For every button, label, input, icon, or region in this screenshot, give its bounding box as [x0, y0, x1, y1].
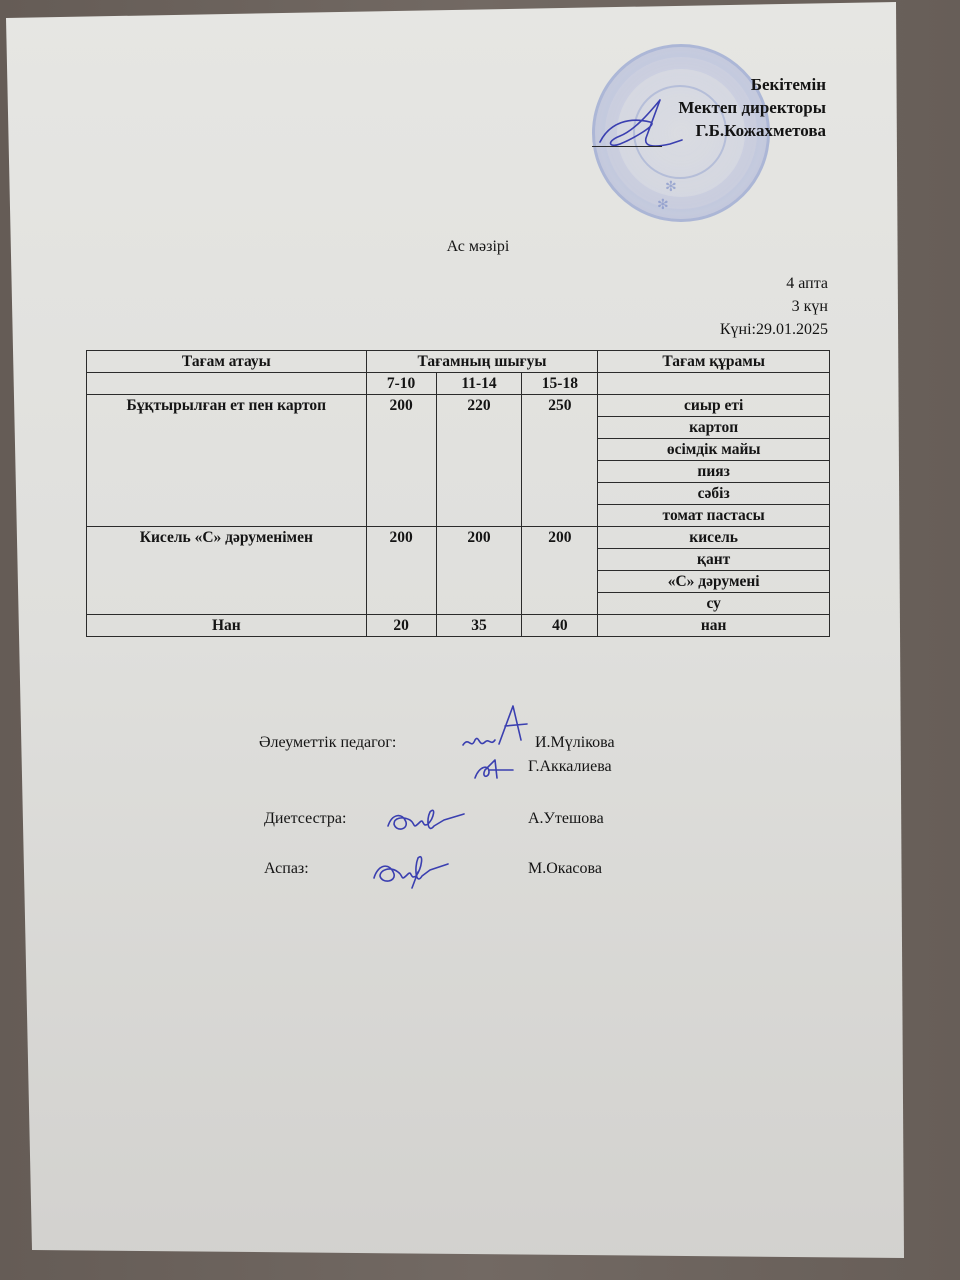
dish-name-cell: Бұқтырылған ет пен картоп [87, 395, 367, 527]
ingredient-cell: нан [598, 615, 830, 637]
menu-table: Тағам атауы Тағамның шығуы Тағам құрамы … [86, 350, 830, 637]
portion-cell: 200 [366, 527, 436, 615]
day-label: 3 күн [720, 295, 828, 318]
approval-block: Бекітемін Мектеп директоры Г.Б.Кожахмето… [678, 73, 826, 142]
ingredient-cell: сиыр еті [598, 395, 830, 417]
header-output: Тағамның шығуы [366, 351, 598, 373]
ingredient-cell: сәбіз [598, 483, 830, 505]
ingredient-cell: пияз [598, 461, 830, 483]
social-pedagogue-label: Әлеуметтік педагог: [259, 734, 396, 752]
ingredient-cell: картоп [598, 417, 830, 439]
portion-cell: 40 [522, 615, 598, 637]
header-composition: Тағам құрамы [598, 351, 830, 373]
stamp-star-icon: ✻ [657, 197, 669, 213]
table-header-row: Тағам атауы Тағамның шығуы Тағам құрамы [87, 351, 830, 373]
dish-name-cell: Нан [87, 615, 367, 637]
social-pedagogue-name-1: И.Мүлікова [535, 734, 615, 752]
header-age-group: 15-18 [522, 373, 598, 395]
cook-label: Аспаз: [264, 860, 309, 878]
table-row: Бұқтырылған ет пен картоп200220250сиыр е… [87, 395, 830, 417]
dietitian-label: Диетсестра: [264, 810, 346, 828]
dietitian-name: А.Утешова [528, 810, 604, 828]
document-meta: 4 апта 3 күн Күні:29.01.2025 [720, 272, 828, 341]
portion-cell: 20 [366, 615, 436, 637]
ingredient-cell: кисель [598, 527, 830, 549]
table-subheader-row: 7-10 11-14 15-18 [87, 373, 830, 395]
header-age-group: 7-10 [366, 373, 436, 395]
header-empty-cell [87, 373, 367, 395]
portion-cell: 220 [436, 395, 522, 527]
approval-title: Бекітемін [678, 73, 826, 96]
ingredient-cell: өсімдік майы [598, 439, 830, 461]
document-title: Ас мәзірі [0, 238, 960, 256]
date-label: Күні:29.01.2025 [720, 318, 828, 341]
signature-line [592, 146, 662, 147]
social-pedagogue-name-2: Г.Аккалиева [528, 758, 612, 776]
header-dish-name: Тағам атауы [87, 351, 367, 373]
table-row: Нан203540нан [87, 615, 830, 637]
portion-cell: 35 [436, 615, 522, 637]
portion-cell: 200 [522, 527, 598, 615]
ingredient-cell: «С» дәрумені [598, 571, 830, 593]
cook-name: М.Окасова [528, 860, 602, 878]
approver-position: Мектеп директоры [678, 96, 826, 119]
portion-cell: 250 [522, 395, 598, 527]
ingredient-cell: томат пастасы [598, 505, 830, 527]
portion-cell: 200 [436, 527, 522, 615]
portion-cell: 200 [366, 395, 436, 527]
paper-sheet [0, 0, 960, 1280]
ingredient-cell: қант [598, 549, 830, 571]
week-label: 4 апта [720, 272, 828, 295]
stamp-star-icon: ✻ [665, 179, 677, 195]
header-empty-cell [598, 373, 830, 395]
document-title-text: Ас мәзірі [447, 238, 510, 255]
dish-name-cell: Кисель «С» дәруменімен [87, 527, 367, 615]
approver-name: Г.Б.Кожахметова [678, 119, 826, 142]
ingredient-cell: су [598, 593, 830, 615]
table-row: Кисель «С» дәруменімен200200200кисель [87, 527, 830, 549]
header-age-group: 11-14 [436, 373, 522, 395]
